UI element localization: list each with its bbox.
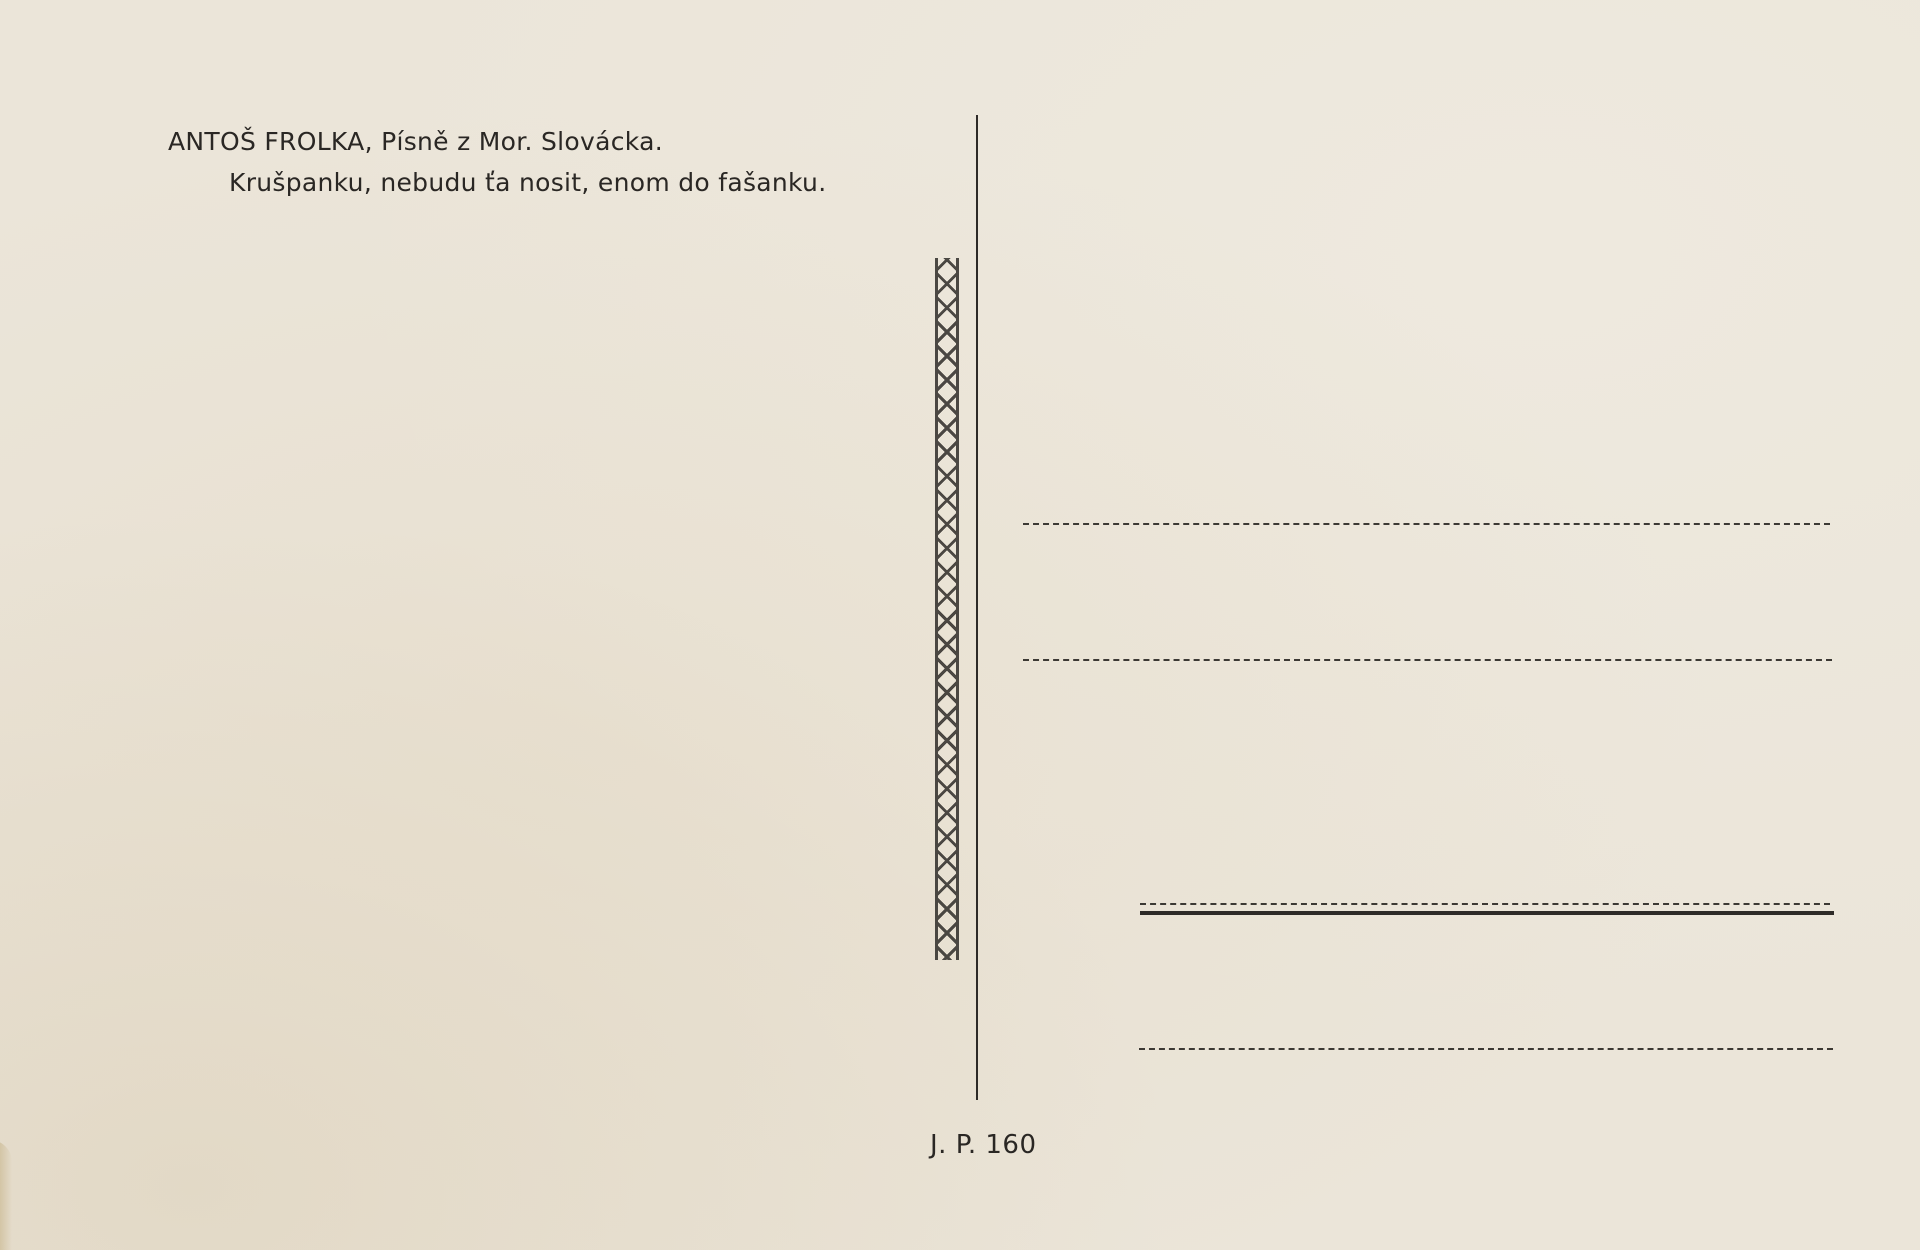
address-line-2 (1023, 659, 1832, 661)
postcard-back: ANTOŠ FROLKA, Písně z Mor. Slovácka. Kru… (0, 0, 1920, 1250)
paper-stain (0, 1140, 12, 1250)
caption-title: ANTOŠ FROLKA, Písně z Mor. Slovácka. (168, 127, 663, 156)
caption-subtitle: Krušpanku, nebudu ťa nosit, enom do faša… (229, 168, 826, 197)
address-line-3 (1140, 903, 1830, 905)
center-divider (976, 115, 978, 1100)
address-line-solid (1140, 911, 1834, 915)
address-line-4 (1139, 1048, 1833, 1050)
publisher-code: J. P. 160 (930, 1130, 1036, 1160)
address-line-1 (1023, 523, 1830, 525)
folk-ornament-border-icon (935, 258, 959, 960)
